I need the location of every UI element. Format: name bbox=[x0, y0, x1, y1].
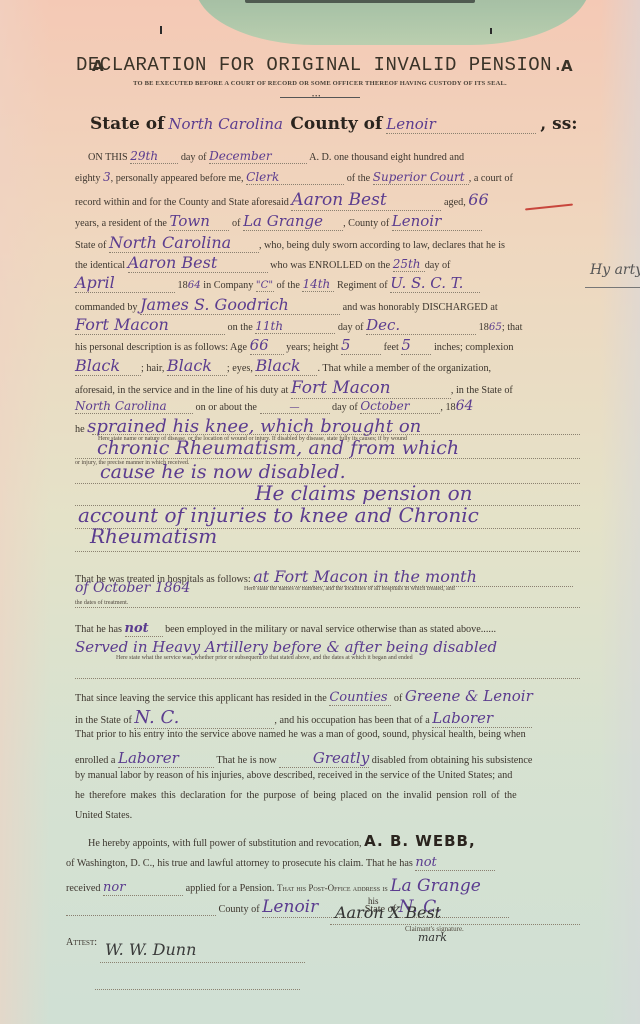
has-field: not bbox=[415, 855, 495, 871]
margin-note-underline bbox=[585, 287, 640, 288]
health-line-3: by manual labor by reason of his injurie… bbox=[75, 770, 512, 781]
line-complexion: Black; hair, Black; eyes, Black. That wh… bbox=[75, 356, 491, 376]
hospitals-caption-2: the dates of treatment. bbox=[75, 600, 128, 606]
attorney-line-3: received nor applied for a Pension. That… bbox=[66, 876, 481, 896]
court-field: Superior Court bbox=[373, 170, 469, 185]
hospitals-caption: Here state the names or numbers, and the… bbox=[244, 586, 455, 592]
discharge-year-field: 65 bbox=[489, 322, 502, 333]
enrolled-occupation-field: Laborer bbox=[118, 749, 214, 768]
line-commanded: commanded by James S. Goodrich and was h… bbox=[75, 295, 498, 315]
line-aforesaid: aforesaid, in the service and in the lin… bbox=[75, 378, 513, 399]
attorney-line-2: of Washington, D. C., his true and lawfu… bbox=[66, 855, 495, 871]
other-service-field: not bbox=[125, 621, 163, 637]
residence-type-field: Counties bbox=[329, 690, 391, 706]
paper-tint-left bbox=[0, 0, 50, 1024]
other-service-caption: Here state what the service was, whether… bbox=[116, 655, 413, 661]
other-service-detail: Served in Heavy Artillery before & after… bbox=[75, 638, 497, 656]
county-label: County of bbox=[290, 114, 382, 134]
witness-1-rule bbox=[100, 962, 305, 963]
line-residence: That since leaving the service this appl… bbox=[75, 687, 533, 706]
month-field: December bbox=[209, 149, 307, 164]
duty-place-field: Fort Macon bbox=[291, 378, 451, 399]
town-field: La Grange bbox=[243, 212, 343, 231]
paper-tint-right bbox=[600, 0, 640, 1024]
ss-mark: , ss: bbox=[540, 114, 577, 134]
line-other-service: That he has not been employed in the mil… bbox=[75, 621, 496, 637]
hole-punch-mark bbox=[490, 28, 492, 34]
state-value: North Carolina bbox=[168, 115, 286, 133]
eyes-field: Black bbox=[255, 356, 317, 376]
state-field: North Carolina bbox=[109, 233, 259, 253]
regiment-number-field: 14th bbox=[302, 277, 334, 292]
claimant-signature: Aaron X Best bbox=[335, 903, 441, 922]
company-field: "C" bbox=[256, 280, 274, 292]
mark-label: mark bbox=[418, 931, 447, 944]
line-occupation: in the State of N. C., and his occupatio… bbox=[75, 707, 532, 729]
attorney-line-4: County of Lenoir State of N. C. bbox=[66, 897, 509, 918]
postoffice-continuation bbox=[66, 904, 216, 916]
title-text: DECLARATION FOR ORIGINAL INVALID PENSION… bbox=[76, 54, 564, 76]
injury-text-3: cause he is now disabled. bbox=[100, 461, 346, 483]
identical-name-field: Aaron Best bbox=[128, 253, 268, 273]
hospitals-rule bbox=[75, 607, 580, 608]
enrolled-year-field: 64 bbox=[188, 280, 201, 291]
ornament-dots: ••• bbox=[312, 94, 321, 100]
injury-rule-2 bbox=[75, 458, 580, 459]
health-line-4: he therefore makes this declaration for … bbox=[75, 790, 517, 801]
regiment-field: U. S. C. T. bbox=[390, 274, 480, 293]
residence-counties-field: Greene & Lenoir bbox=[405, 687, 533, 705]
hospitals-field-1: at Fort Macon in the month bbox=[253, 567, 573, 587]
year-digit-field: 3 bbox=[103, 170, 111, 184]
attorney-name: A. B. WEBB, bbox=[364, 832, 476, 850]
inches-field: 5 bbox=[401, 336, 431, 355]
document-title: A DECLARATION FOR ORIGINAL INVALID PENSI… bbox=[0, 54, 640, 76]
health-line-5: United States. bbox=[75, 810, 132, 821]
document-subtitle: TO BE EXECUTED BEFORE A COURT OF RECORD … bbox=[0, 80, 640, 87]
residence-state-field: N. C. bbox=[134, 707, 274, 729]
injury-month-field: October bbox=[360, 399, 440, 414]
hospitals-field-2: of October 1864 bbox=[75, 580, 190, 596]
binder-clip bbox=[245, 0, 475, 3]
red-pencil-mark bbox=[525, 203, 573, 210]
enrolled-month-field: April bbox=[75, 273, 175, 293]
line-identical: the identical Aaron Best who was ENROLLE… bbox=[75, 253, 450, 273]
claim-rule-2 bbox=[75, 551, 580, 552]
injury-text-2: chronic Rheumatism, and from which bbox=[97, 437, 459, 459]
line-record: record within and for the County and Sta… bbox=[75, 190, 489, 211]
margin-note: Hy arty bbox=[590, 262, 640, 278]
line-resident: years, a resident of the Town of La Gran… bbox=[75, 212, 482, 231]
line-eighty: eighty 3, personally appeared before me,… bbox=[75, 170, 513, 185]
corner-mark-left: A bbox=[92, 57, 104, 75]
claim-text-1: He claims pension on bbox=[255, 481, 473, 505]
line-state: State of North Carolina, who, being duly… bbox=[75, 233, 505, 253]
line-discharge: Fort Macon on the 11th day of Dec. 1865;… bbox=[75, 315, 522, 335]
feet-field: 5 bbox=[341, 336, 381, 355]
claim-text-3: Rheumatism bbox=[90, 524, 217, 548]
injury-rule-1 bbox=[92, 434, 580, 435]
county-field: Lenoir bbox=[392, 212, 482, 231]
state-label: State of bbox=[90, 114, 164, 134]
day-field: 29th bbox=[130, 149, 178, 164]
hair-field: Black bbox=[167, 356, 227, 376]
occupation-field: Laborer bbox=[432, 709, 532, 728]
discharge-place-field: Fort Macon bbox=[75, 315, 225, 335]
desc-age-field: 66 bbox=[250, 336, 284, 355]
discharge-month-field: Dec. bbox=[366, 316, 476, 335]
venue-header: State of North Carolina County of Lenoir… bbox=[90, 114, 578, 134]
line-enrolled: April 1864 in Company "C" of the 14th Re… bbox=[75, 273, 480, 293]
postoffice-field: La Grange bbox=[390, 876, 481, 896]
injury-year-field: 64 bbox=[456, 398, 474, 414]
corner-mark-right: A bbox=[561, 57, 573, 75]
line-description: his personal description is as follows: … bbox=[75, 336, 513, 355]
attorney-line-1: He hereby appoints, with full power of s… bbox=[88, 832, 476, 850]
injury-day-field: — bbox=[260, 402, 330, 414]
residence-type-field: Town bbox=[169, 212, 229, 231]
complexion-field: Black bbox=[75, 356, 141, 376]
claimant-name-field: Aaron Best bbox=[291, 190, 441, 211]
enrolled-day-field: 25th bbox=[393, 257, 425, 272]
received-field: nor bbox=[103, 880, 183, 896]
officer-field: Clerk bbox=[246, 170, 344, 185]
age-field: 66 bbox=[468, 190, 488, 209]
hole-punch-mark bbox=[160, 26, 162, 34]
county-value: Lenoir bbox=[386, 115, 536, 134]
line-injury-date: North Carolina on or about the — day of … bbox=[75, 398, 473, 414]
attest-label: Attest: bbox=[66, 937, 97, 948]
witness-2-rule bbox=[95, 989, 300, 990]
duty-state-field: North Carolina bbox=[75, 399, 193, 414]
line-on-this: ON THIS 29th day of December A. D. one t… bbox=[88, 149, 464, 164]
health-line-2: enrolled a Laborer That he is now Greatl… bbox=[75, 749, 532, 768]
commander-field: James S. Goodrich bbox=[140, 295, 340, 315]
disability-degree-field: Greatly bbox=[279, 749, 369, 768]
binder-clip-shadow bbox=[195, 0, 590, 45]
witness-1-signature: W. W. Dunn bbox=[105, 940, 196, 959]
health-line-1: That prior to his entry into the service… bbox=[75, 729, 526, 740]
discharge-day-field: 11th bbox=[255, 319, 335, 334]
other-service-rule bbox=[75, 678, 580, 679]
